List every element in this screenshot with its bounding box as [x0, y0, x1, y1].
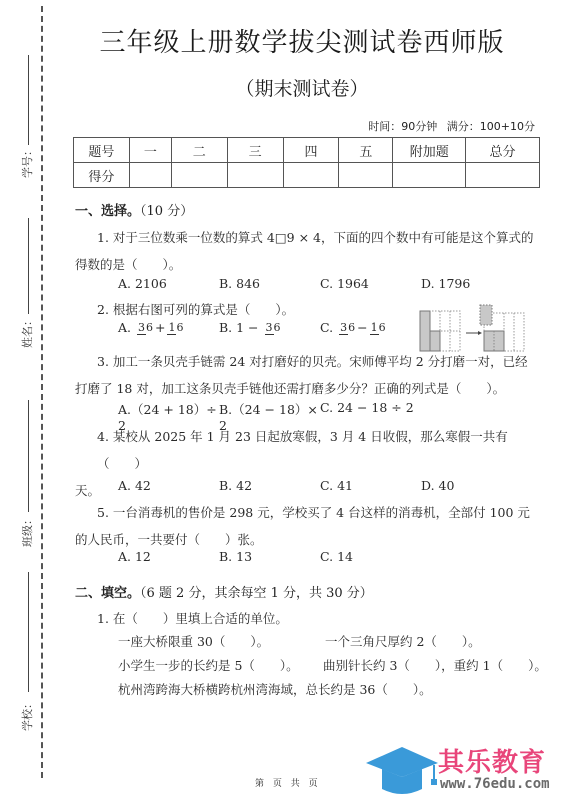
question-text: 打磨了 18 对，加工这条贝壳手链他还需打磨多少分？正确的列式是（ ）。 [75, 375, 545, 402]
score-cell[interactable] [283, 163, 339, 188]
denominator: 6 [146, 322, 153, 334]
school-rule[interactable] [28, 572, 29, 692]
section-1-points: （10 分） [140, 204, 193, 219]
fill-item[interactable]: 曲别针长约 3（ ），重约 1（ ）。 [323, 654, 547, 678]
student-id-label: 学号： [19, 148, 35, 178]
fraction-diagram [418, 303, 528, 353]
header-cell: 一 [129, 138, 171, 163]
option-b[interactable]: B. 13 [219, 549, 320, 564]
score-cell[interactable] [227, 163, 283, 188]
question-1-1-options: A. 2106 B. 846 C. 1964 D. 1796 [118, 276, 470, 291]
option-c-label: C. [320, 320, 333, 335]
fill-row: 一座大桥限重 30（ ）。 一个三角尺厚约 2（ ）。 [118, 630, 548, 654]
option-c[interactable]: C. 1964 [320, 276, 421, 291]
question-1-5: 5. 一台消毒机的售价是 298 元，学校买了 4 台这样的消毒机，全部付 10… [75, 499, 545, 553]
option-a-label: A. [118, 320, 131, 335]
question-text: 4. 某校从 2025 年 1 月 23 日起放寒假，3 月 4 日收假，那么寒… [75, 423, 545, 477]
school-label: 学校： [19, 701, 35, 731]
option-c[interactable]: C. 36−16 [320, 320, 388, 335]
score-cell[interactable] [129, 163, 171, 188]
header-cell: 题号 [74, 138, 130, 163]
question-1-3: 3. 加工一条贝壳手链需 24 对打磨好的贝壳。宋师傅平均 2 分打磨一对，已经… [75, 348, 545, 402]
option-d[interactable]: D. 40 [421, 478, 454, 493]
full-score: 满分：100+10分 [447, 120, 535, 133]
denominator: 6 [348, 322, 355, 334]
header-cell: 四 [283, 138, 339, 163]
class-rule[interactable] [28, 400, 29, 512]
score-cell[interactable] [466, 163, 540, 188]
denominator: 6 [176, 322, 183, 334]
option-b[interactable]: B. 42 [219, 478, 320, 493]
row-label: 得分 [74, 163, 130, 188]
question-1-4-options: A. 42 B. 42 C. 41 D. 40 [118, 478, 454, 493]
header-cell: 三 [227, 138, 283, 163]
question-1-2-options: A. 36+16 B. 1 − 36 C. 36−16 [118, 320, 388, 335]
name-label: 姓名： [19, 318, 35, 348]
fraction: 16 [370, 322, 386, 335]
option-a[interactable]: A. 42 [118, 478, 219, 493]
option-a[interactable]: A. 36+16 [118, 320, 219, 335]
fraction: 16 [167, 322, 183, 335]
class-label: 班级： [19, 517, 35, 547]
question-text: 1. 对于三位数乘一位数的算式 4□9 × 4，下面的四个数中有可能是这个算式的 [75, 224, 545, 251]
option-b[interactable]: B. 846 [219, 276, 320, 291]
fraction: 36 [339, 322, 355, 335]
numerator: 3 [339, 322, 348, 335]
option-d[interactable]: D. 1796 [421, 276, 470, 291]
section-2-points: （6 题 2 分，其余每空 1 分，共 30 分） [140, 586, 373, 601]
score-table-score-row: 得分 [74, 163, 540, 188]
watermark-url: www.76edu.com [440, 776, 550, 792]
question-text: 1. 在（ ）里填上合适的单位。 [75, 605, 545, 632]
numerator: 1 [370, 322, 379, 335]
option-c[interactable]: C. 41 [320, 478, 421, 493]
exam-meta: 时间：90分钟 满分：100+10分 [362, 118, 535, 134]
section-2-heading: 二、填空。（6 题 2 分，其余每空 1 分，共 30 分） [75, 582, 373, 601]
question-text: 得数的是（ ）。 [75, 251, 545, 278]
section-1-title: 一、选择。 [75, 204, 140, 219]
section-2-title: 二、填空。 [75, 586, 140, 601]
fill-item[interactable]: 一个三角尺厚约 2（ ）。 [325, 630, 481, 654]
option-a[interactable]: A. 2106 [118, 276, 219, 291]
score-cell[interactable] [393, 163, 466, 188]
numerator: 3 [265, 322, 274, 335]
score-cell[interactable] [339, 163, 393, 188]
fraction: 36 [265, 322, 281, 335]
page-number: 第 页 共 页 [255, 776, 321, 789]
denominator: 6 [274, 322, 281, 334]
option-b[interactable]: B. 1 − 36 [219, 320, 320, 335]
header-cell: 附加题 [393, 138, 466, 163]
score-table: 题号 一 二 三 四 五 附加题 总分 得分 [73, 137, 540, 188]
option-c[interactable]: C. 14 [320, 549, 353, 564]
numerator: 1 [167, 322, 176, 335]
question-text: 5. 一台消毒机的售价是 298 元，学校买了 4 台这样的消毒机，全部付 10… [75, 499, 545, 526]
time-limit: 时间：90分钟 [368, 120, 437, 133]
score-cell[interactable] [171, 163, 227, 188]
header-cell: 总分 [466, 138, 540, 163]
option-b-label: B. 1 − [219, 320, 259, 335]
header-cell: 二 [171, 138, 227, 163]
question-1-5-options: A. 12 B. 13 C. 14 [118, 549, 353, 564]
fill-row: 小学生一步的长约是 5（ ）。 曲别针长约 3（ ），重约 1（ ）。 [118, 654, 548, 678]
exam-title: 三年级上册数学拔尖测试卷西师版 [72, 22, 532, 59]
section-1-heading: 一、选择。（10 分） [75, 200, 193, 219]
name-rule[interactable] [28, 218, 29, 314]
header-cell: 五 [339, 138, 393, 163]
fill-item[interactable]: 杭州湾跨海大桥横跨杭州湾海域，总长约是 36（ ）。 [118, 678, 548, 702]
question-2-1-items: 一座大桥限重 30（ ）。 一个三角尺厚约 2（ ）。 小学生一步的长约是 5（… [118, 630, 548, 702]
numerator: 3 [137, 322, 146, 335]
fill-item[interactable]: 小学生一步的长约是 5（ ）。 [118, 654, 323, 678]
question-text: 3. 加工一条贝壳手链需 24 对打磨好的贝壳。宋师傅平均 2 分打磨一对，已经 [75, 348, 545, 375]
binding-dashed-line [41, 6, 43, 778]
score-table-header-row: 题号 一 二 三 四 五 附加题 总分 [74, 138, 540, 163]
exam-subtitle: （期末测试卷） [72, 74, 532, 101]
fill-item[interactable]: 一座大桥限重 30（ ）。 [118, 630, 325, 654]
denominator: 6 [379, 322, 386, 334]
question-1-1: 1. 对于三位数乘一位数的算式 4□9 × 4，下面的四个数中有可能是这个算式的… [75, 224, 545, 278]
question-2-1: 1. 在（ ）里填上合适的单位。 [75, 605, 545, 632]
option-a[interactable]: A. 12 [118, 549, 219, 564]
watermark-brand: 其乐教育 [438, 742, 546, 779]
fraction: 36 [137, 322, 153, 335]
student-id-rule[interactable] [28, 55, 29, 145]
